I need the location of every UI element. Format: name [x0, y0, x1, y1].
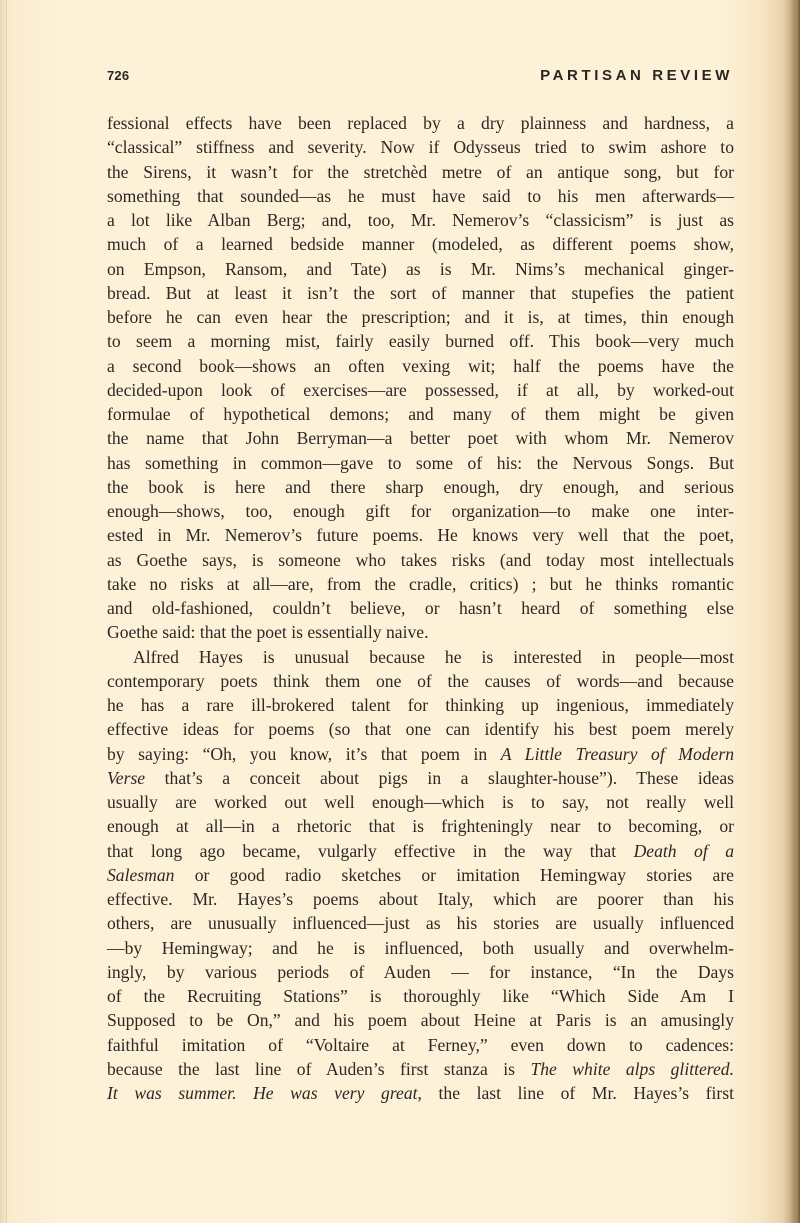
text-line: take no risks at all—are, from the cradl…: [107, 572, 734, 596]
text-line: usually are worked out well enough—which…: [107, 790, 734, 814]
text-line: before he can even hear the prescription…: [107, 305, 734, 329]
text-line: bread. But at least it isn’t the sort of…: [107, 281, 734, 305]
text-line: he has a rare ill-brokered talent for th…: [107, 693, 734, 717]
text-line: decided-upon look of exercises—are posse…: [107, 378, 734, 402]
text-line: ested in Mr. Nemerov’s future poems. He …: [107, 523, 734, 547]
book-title-italic: Verse: [107, 768, 145, 788]
text-line: It was summer. He was very great, the la…: [107, 1081, 734, 1105]
paragraph-1: fessional effects have been replaced by …: [107, 111, 734, 645]
text-line: that long ago became, vulgarly effective…: [107, 839, 734, 863]
text-line: ingly, by various periods of Auden — for…: [107, 960, 734, 984]
text-line: fessional effects have been replaced by …: [107, 111, 734, 135]
text-line: the book is here and there sharp enough,…: [107, 475, 734, 499]
journal-title: PARTISAN REVIEW: [540, 67, 733, 84]
text-run: , the last line of Mr. Hayes’s first: [418, 1083, 735, 1103]
text-line: a second book—shows an often vexing wit;…: [107, 354, 734, 378]
text-line: faithful imitation of “Voltaire at Ferne…: [107, 1033, 734, 1057]
text-line: much of a learned bedside manner (modele…: [107, 232, 734, 256]
page-binding-shadow: [790, 0, 800, 1223]
text-line: and old-fashioned, couldn’t believe, or …: [107, 596, 734, 620]
text-line: Goethe said: that the poet is essentiall…: [107, 620, 734, 644]
text-run: or good radio sketches or imitation Hemi…: [174, 865, 734, 885]
text-line: the Sirens, it wasn’t for the stretchèd …: [107, 160, 734, 184]
text-line: as Goethe says, is someone who takes ris…: [107, 548, 734, 572]
text-line: Supposed to be On,” and his poem about H…: [107, 1008, 734, 1032]
text-line: a lot like Alban Berg; and, too, Mr. Nem…: [107, 208, 734, 232]
quoted-verse-italic: It was summer. He was very great: [107, 1083, 418, 1103]
text-run: because the last line of Auden’s first s…: [107, 1059, 530, 1079]
text-line: effective ideas for poems (so that one c…: [107, 717, 734, 741]
text-line: the name that John Berryman—a better poe…: [107, 426, 734, 450]
text-run: that’s a conceit about pigs in a slaught…: [145, 768, 734, 788]
text-line: of the Recruiting Stations” is thoroughl…: [107, 984, 734, 1008]
text-line: others, are unusually influenced—just as…: [107, 911, 734, 935]
text-line: Salesman or good radio sketches or imita…: [107, 863, 734, 887]
text-line: to seem a morning mist, fairly easily bu…: [107, 329, 734, 353]
text-line: enough—shows, too, enough gift for organ…: [107, 499, 734, 523]
article-body: fessional effects have been replaced by …: [107, 111, 734, 1105]
text-line: has something in common—gave to some of …: [107, 451, 734, 475]
text-line: on Empson, Ransom, and Tate) as is Mr. N…: [107, 257, 734, 281]
text-run: that long ago became, vulgarly effective…: [107, 841, 634, 861]
text-line: “classical” stiffness and severity. Now …: [107, 135, 734, 159]
text-line: something that sounded—as he must have s…: [107, 184, 734, 208]
text-line: Verse that’s a conceit about pigs in a s…: [107, 766, 734, 790]
paragraph-2: Alfred Hayes is unusual because he is in…: [107, 645, 734, 1106]
text-run: by saying: “Oh, you know, it’s that poem…: [107, 744, 501, 764]
running-head: 726 PARTISAN REVIEW: [107, 67, 733, 87]
text-line: effective. Mr. Hayes’s poems about Italy…: [107, 887, 734, 911]
play-title-italic: Salesman: [107, 865, 174, 885]
text-line: because the last line of Auden’s first s…: [107, 1057, 734, 1081]
text-line: contemporary poets think them one of the…: [107, 669, 734, 693]
page-number: 726: [107, 68, 129, 83]
scanned-page: 726 PARTISAN REVIEW fessional effects ha…: [0, 0, 800, 1223]
quoted-verse-italic: The white alps glittered.: [530, 1059, 734, 1079]
text-line: formulae of hypothetical demons; and man…: [107, 402, 734, 426]
play-title-italic: Death of a: [634, 841, 734, 861]
text-line: —by Hemingway; and he is influenced, bot…: [107, 936, 734, 960]
book-title-italic: A Little Treasury of Modern: [501, 744, 734, 764]
text-line: Alfred Hayes is unusual because he is in…: [107, 645, 734, 669]
page-left-edge: [0, 0, 7, 1223]
text-line: enough at all—in a rhetoric that is frig…: [107, 814, 734, 838]
text-line: by saying: “Oh, you know, it’s that poem…: [107, 742, 734, 766]
